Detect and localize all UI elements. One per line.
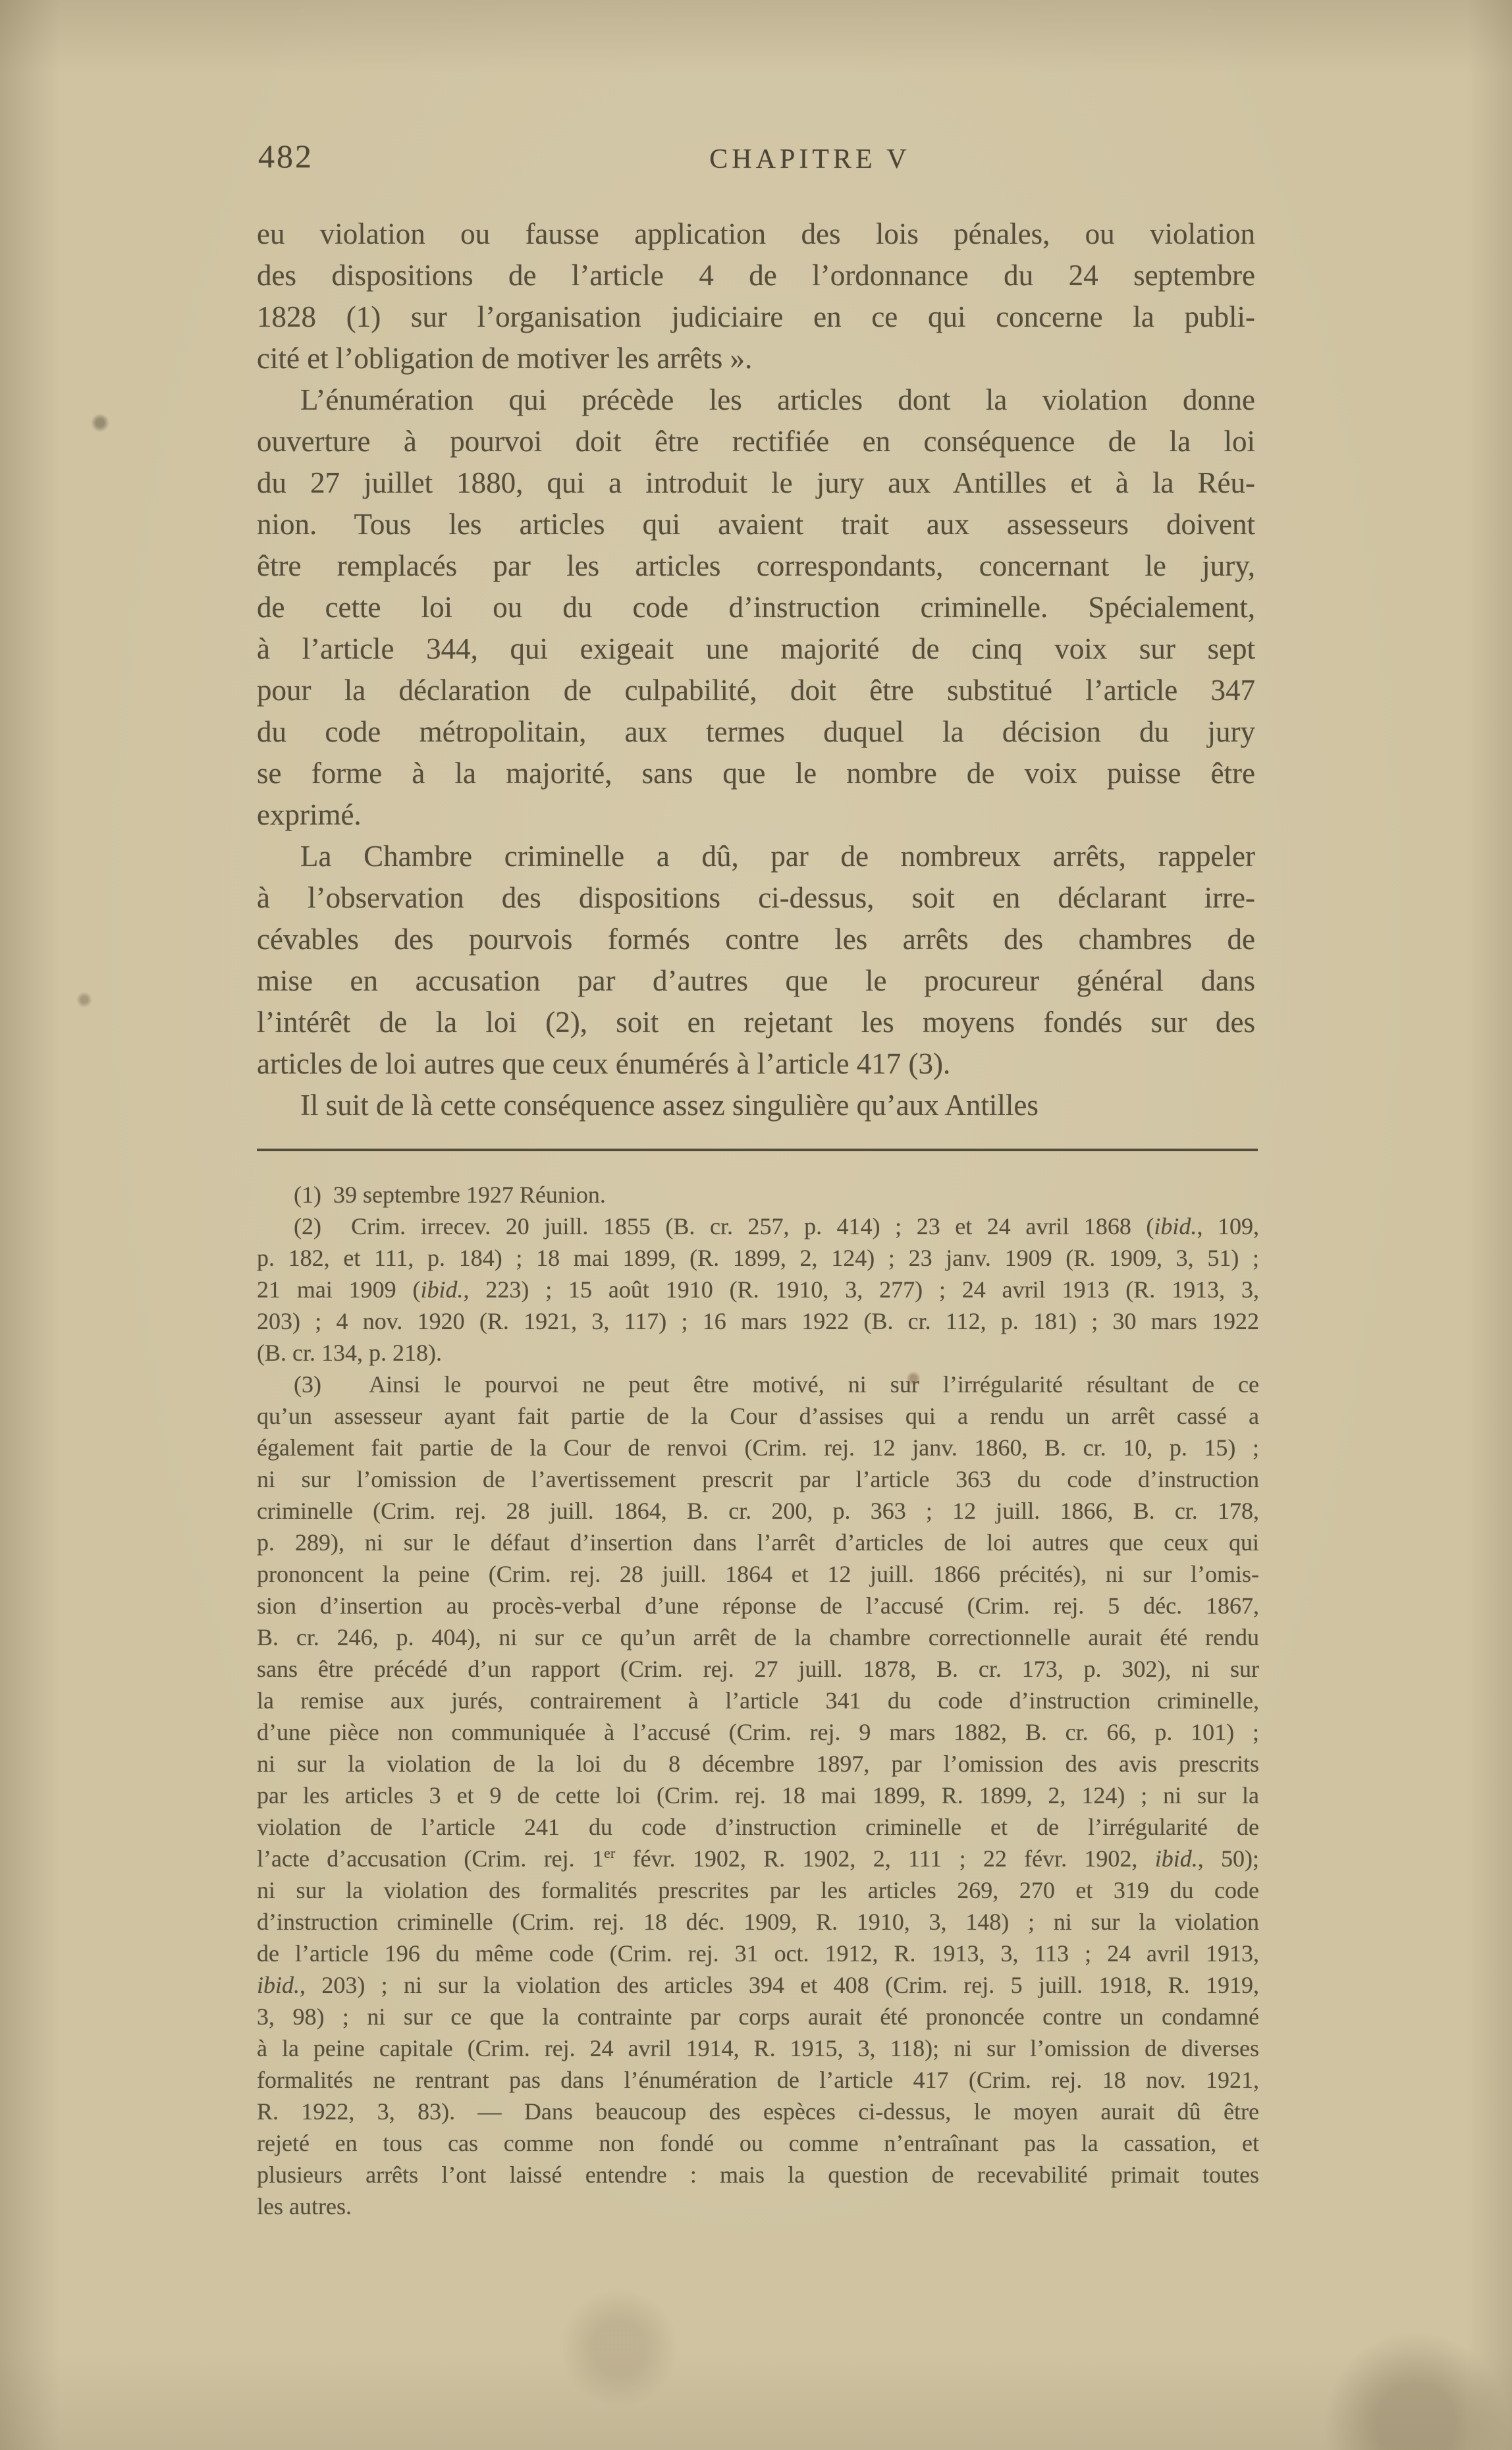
chapter-header: CHAPITRE V [311, 144, 1309, 175]
text-line: prononcent la peine (Crim. rej. 28 juill… [257, 1558, 1259, 1590]
text-line: de l’article 196 du même code (Crim. rej… [257, 1938, 1259, 1969]
footnote: (2) Crim. irrecev. 20 juill. 1855 (B. cr… [257, 1211, 1259, 1369]
body-text: eu violation ou fausse application des l… [257, 213, 1255, 1126]
superscript-text: er [604, 1845, 615, 1861]
italic-text: ibid. [257, 1972, 300, 1998]
text-line: qu’un assesseur ayant fait partie de la … [257, 1400, 1259, 1432]
text-line: d’instruction criminelle (Crim. rej. 18 … [257, 1906, 1259, 1938]
text-line: (1) 39 septembre 1927 Réunion. [257, 1179, 1259, 1211]
text-line: criminelle (Crim. rej. 28 juill. 1864, B… [257, 1495, 1259, 1527]
paragraph: Il suit de là cette conséquence assez si… [257, 1085, 1255, 1126]
text-line: à la peine capitale (Crim. rej. 24 avril… [257, 2032, 1259, 2064]
text-line: ouverture à pourvoi doit être rectifiée … [257, 421, 1255, 462]
text-line: exprimé. [257, 794, 1255, 836]
text-line: 3, 98) ; ni sur ce que la contrainte par… [257, 2001, 1259, 2032]
text-line: du code métropolitain, aux termes duquel… [257, 711, 1255, 753]
text-line: de cette loi ou du code d’instruction cr… [257, 587, 1255, 628]
text-line: Il suit de là cette conséquence assez si… [257, 1085, 1255, 1126]
text-line: l’acte d’accusation (Crim. rej. 1er févr… [257, 1843, 1259, 1874]
text-line: ibid., 203) ; ni sur la violation des ar… [257, 1969, 1259, 2001]
text-line: des dispositions de l’article 4 de l’ord… [257, 255, 1255, 296]
text-line: ni sur la violation de la loi du 8 décem… [257, 1748, 1259, 1780]
footnote-separator-rule [257, 1149, 1258, 1151]
text-line: eu violation ou fausse application des l… [257, 213, 1255, 255]
text-line: rejeté en tous cas comme non fondé ou co… [257, 2127, 1259, 2159]
text-line: pour la déclaration de culpabilité, doit… [257, 670, 1255, 711]
page-number: 482 [258, 137, 313, 175]
text-line: articles de loi autres que ceux énumérés… [257, 1043, 1255, 1085]
text-line: du 27 juillet 1880, qui a introduit le j… [257, 462, 1255, 504]
text-line: formalités ne rentrant pas dans l’énumér… [257, 2064, 1259, 2096]
footnote: (1) 39 septembre 1927 Réunion. [257, 1179, 1259, 1211]
text-line: (2) Crim. irrecev. 20 juill. 1855 (B. cr… [257, 1211, 1259, 1242]
paragraph: L’énumération qui précède les articles d… [257, 379, 1255, 836]
text-line: violation de l’article 241 du code d’ins… [257, 1811, 1259, 1843]
footnote: (3) Ainsi le pourvoi ne peut être motivé… [257, 1369, 1259, 2222]
text-line: p. 182, et 111, p. 184) ; 18 mai 1899, (… [257, 1242, 1259, 1274]
italic-text: ibid. [1155, 1845, 1198, 1872]
text-line: la remise aux jurés, contrairement à l’a… [257, 1685, 1259, 1716]
text-line: se forme à la majorité, sans que le nomb… [257, 753, 1255, 794]
italic-text: ibid. [1154, 1213, 1197, 1239]
text-line: les autres. [257, 2191, 1259, 2222]
text-line: à l’article 344, qui exigeait une majori… [257, 628, 1255, 670]
text-line: plusieurs arrêts l’ont laissé entendre :… [257, 2159, 1259, 2191]
text-line: cité et l’obligation de motiver les arrê… [257, 338, 1255, 379]
text-line: L’énumération qui précède les articles d… [257, 379, 1255, 421]
italic-text: ibid. [421, 1276, 464, 1303]
text-line: La Chambre criminelle a dû, par de nombr… [257, 836, 1255, 877]
text-line: par les articles 3 et 9 de cette loi (Cr… [257, 1780, 1259, 1811]
text-line: p. 289), ni sur le défaut d’insertion da… [257, 1527, 1259, 1558]
text-line: ni sur la violation des formalités presc… [257, 1874, 1259, 1906]
text-line: nion. Tous les articles qui avaient trai… [257, 504, 1255, 545]
text-line: sans être précédé d’un rapport (Crim. re… [257, 1653, 1259, 1685]
text-line: sion d’insertion au procès-verbal d’une … [257, 1590, 1259, 1621]
text-line: 203) ; 4 nov. 1920 (R. 1921, 3, 117) ; 1… [257, 1305, 1259, 1337]
book-page: 482 CHAPITRE V eu violation ou fausse ap… [0, 0, 1512, 2450]
text-line: l’intérêt de la loi (2), soit en rejetan… [257, 1002, 1255, 1043]
text-line: 21 mai 1909 (ibid., 223) ; 15 août 1910 … [257, 1274, 1259, 1305]
text-line: être remplacés par les articles correspo… [257, 545, 1255, 587]
text-line: 1828 (1) sur l’organisation judiciaire e… [257, 296, 1255, 338]
text-line: (B. cr. 134, p. 218). [257, 1337, 1259, 1369]
text-line: ni sur l’omission de l’avertissement pre… [257, 1463, 1259, 1495]
text-line: d’une pièce non communiquée à l’accusé (… [257, 1716, 1259, 1748]
text-line: à l’observation des dispositions ci-dess… [257, 877, 1255, 919]
text-line: (3) Ainsi le pourvoi ne peut être motivé… [257, 1369, 1259, 1400]
text-line: B. cr. 246, p. 404), ni sur ce qu’un arr… [257, 1621, 1259, 1653]
text-line: cévables des pourvois formés contre les … [257, 919, 1255, 960]
footnotes-section: (1) 39 septembre 1927 Réunion.(2) Crim. … [257, 1179, 1259, 2222]
text-line: également fait partie de la Cour de renv… [257, 1432, 1259, 1463]
paragraph: La Chambre criminelle a dû, par de nombr… [257, 836, 1255, 1085]
paragraph: eu violation ou fausse application des l… [257, 213, 1255, 379]
text-line: R. 1922, 3, 83). — Dans beaucoup des esp… [257, 2096, 1259, 2127]
text-line: mise en accusation par d’autres que le p… [257, 960, 1255, 1002]
